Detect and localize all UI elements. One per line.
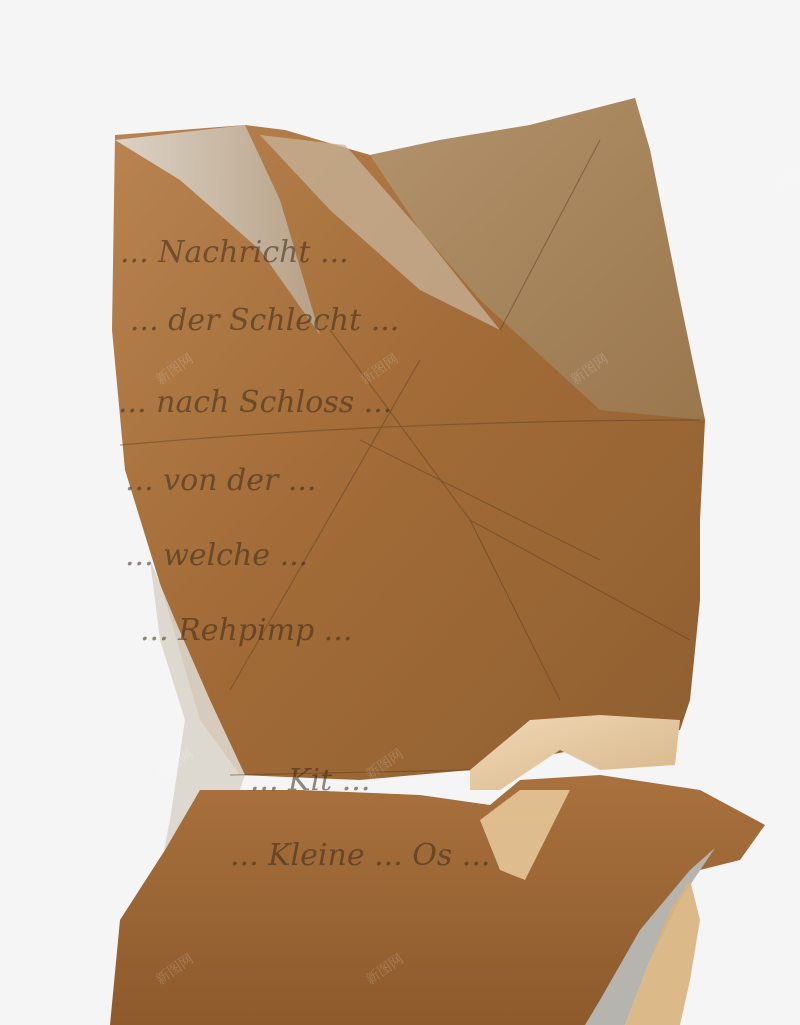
svg-text:新图网: 新图网 xyxy=(773,156,800,193)
svg-text:... der Schlecht ...: ... der Schlecht ... xyxy=(130,303,399,338)
photo-scene: ... Nachricht ... ... der Schlecht ... .… xyxy=(0,0,800,1025)
svg-text:... Rehpimp ...: ... Rehpimp ... xyxy=(140,613,352,648)
crumpled-paper-illustration: ... Nachricht ... ... der Schlecht ... .… xyxy=(0,0,800,1025)
svg-text:... von der ...: ... von der ... xyxy=(125,463,316,498)
svg-text:... Kit ...: ... Kit ... xyxy=(250,763,370,798)
svg-text:... welche ...: ... welche ... xyxy=(125,538,308,573)
svg-text:... Kleine ... Os ...: ... Kleine ... Os ... xyxy=(230,838,490,873)
svg-text:... Nachricht ...: ... Nachricht ... xyxy=(120,235,349,270)
svg-text:... nach Schloss ...: ... nach Schloss ... xyxy=(118,385,392,420)
